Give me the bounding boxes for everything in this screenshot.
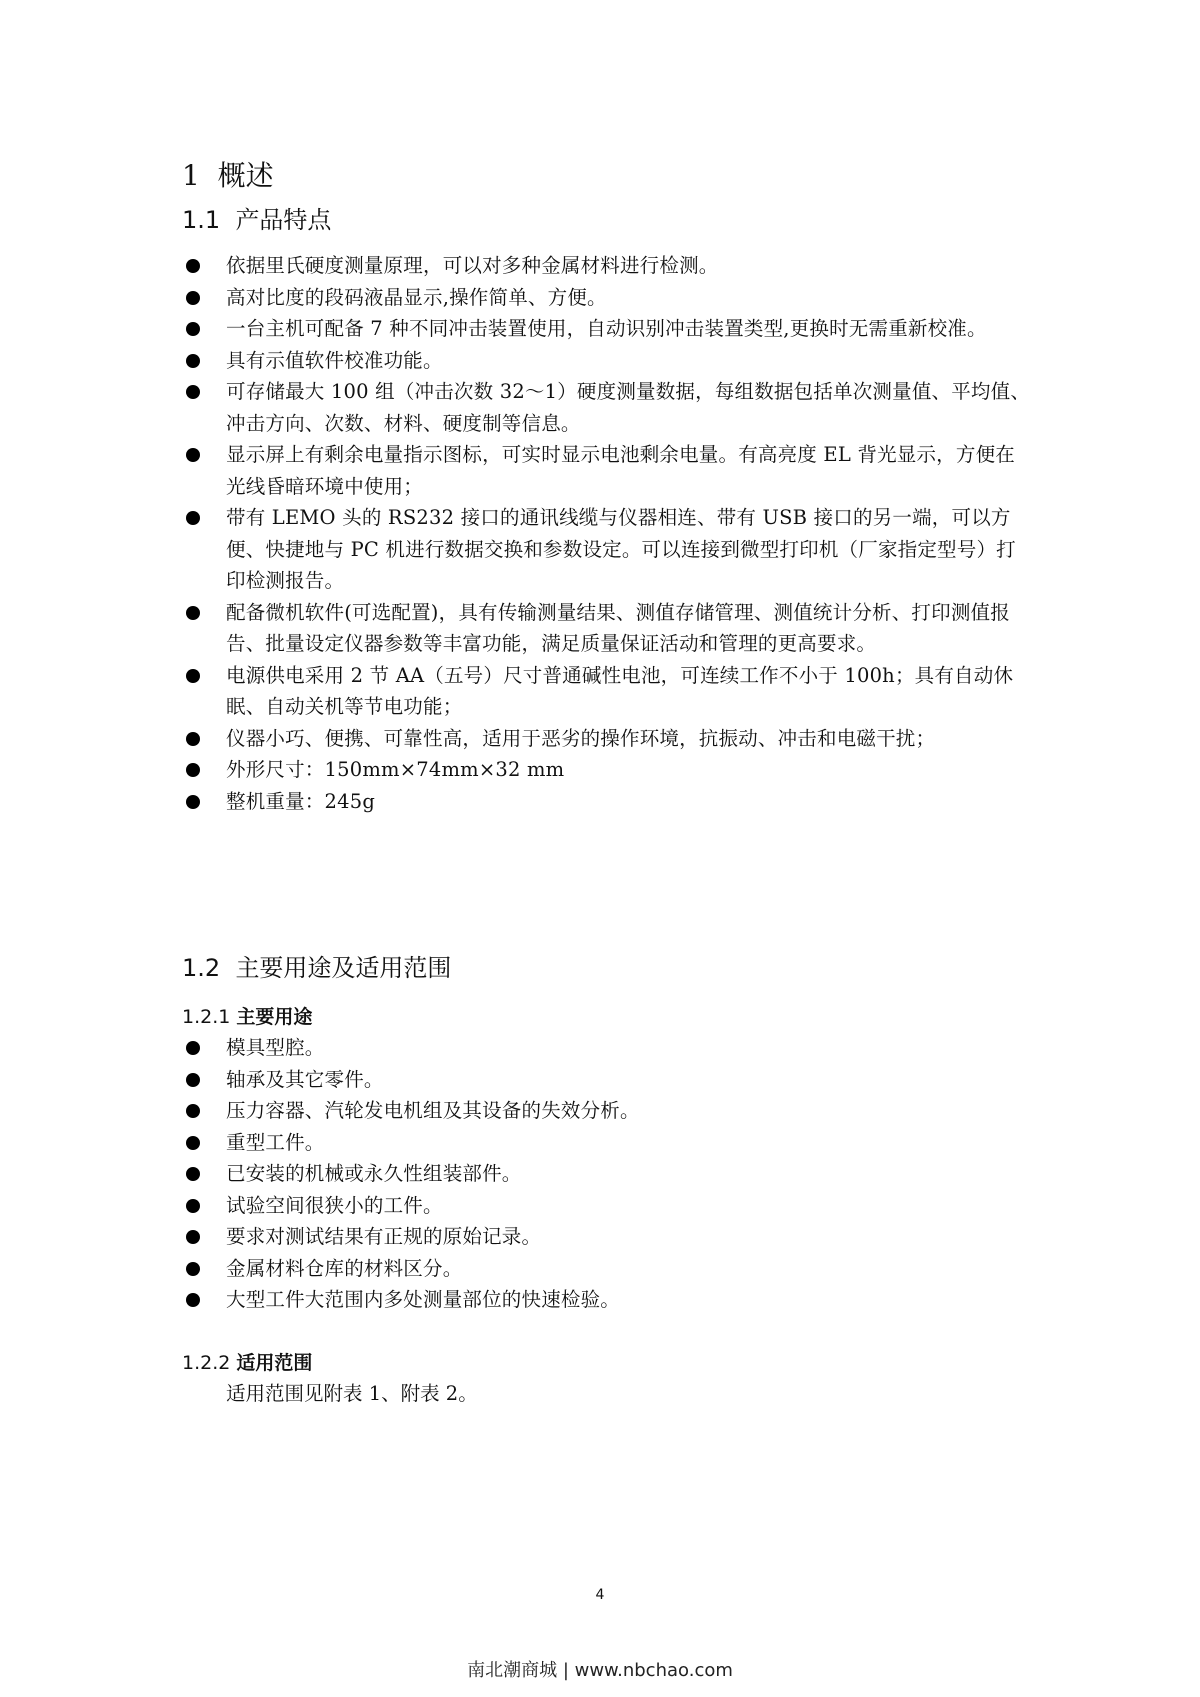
list-item: 一台主机可配备 7 种不同冲击装置使用，自动识别冲击装置类型,更换时无需重新校准…: [182, 313, 1032, 345]
bullet-icon: [186, 354, 200, 368]
bullet-icon: [186, 1262, 200, 1276]
list-item: 已安装的机械或永久性组装部件。: [182, 1158, 1032, 1190]
bullet-icon: [186, 763, 200, 777]
bullet-icon: [186, 732, 200, 746]
heading-section-1-1: 1.1 产品特点: [182, 204, 331, 236]
heading-number: 1: [182, 159, 200, 192]
list-item: 带有 LEMO 头的 RS232 接口的通讯线缆与仪器相连、带有 USB 接口的…: [182, 502, 1032, 597]
list-item: 依据里氏硬度测量原理，可以对多种金属材料进行检测。: [182, 250, 1032, 282]
heading-title: 主要用途: [236, 1006, 312, 1028]
page-number: 4: [0, 1587, 1200, 1603]
usage-list: 模具型腔。 轴承及其它零件。 压力容器、汽轮发电机组及其设备的失效分析。 重型工…: [182, 1032, 1032, 1316]
list-item: 具有示值软件校准功能。: [182, 345, 1032, 377]
bullet-icon: [186, 259, 200, 273]
bullet-icon: [186, 1199, 200, 1213]
bullet-icon: [186, 322, 200, 336]
bullet-icon: [186, 1167, 200, 1181]
heading-number: 1.2: [182, 954, 220, 982]
bullet-icon: [186, 1136, 200, 1150]
bullet-icon: [186, 291, 200, 305]
bullet-icon: [186, 1230, 200, 1244]
heading-number: 1.1: [182, 206, 220, 234]
document-page: 1 概述 1.1 产品特点 依据里氏硬度测量原理，可以对多种金属材料进行检测。 …: [0, 0, 1200, 1697]
bullet-icon: [186, 1104, 200, 1118]
heading-title: 主要用途及适用范围: [235, 954, 451, 982]
bullet-icon: [186, 511, 200, 525]
feature-list: 依据里氏硬度测量原理，可以对多种金属材料进行检测。 高对比度的段码液晶显示,操作…: [182, 250, 1032, 817]
bullet-icon: [186, 606, 200, 620]
list-item: 整机重量：245g: [182, 786, 1032, 818]
heading-number: 1.2.2: [182, 1352, 230, 1374]
list-item: 金属材料仓库的材料区分。: [182, 1253, 1032, 1285]
heading-section-1: 1 概述: [182, 158, 274, 194]
list-item: 模具型腔。: [182, 1032, 1032, 1064]
list-item: 配备微机软件(可选配置)，具有传输测量结果、测值存储管理、测值统计分析、打印测值…: [182, 597, 1032, 660]
bullet-icon: [186, 669, 200, 683]
bullet-icon: [186, 385, 200, 399]
list-item: 重型工件。: [182, 1127, 1032, 1159]
heading-section-1-2-2: 1.2.2 适用范围: [182, 1350, 312, 1376]
list-item: 仪器小巧、便携、可靠性高，适用于恶劣的操作环境，抗振动、冲击和电磁干扰；: [182, 723, 1032, 755]
heading-number: 1.2.1: [182, 1006, 230, 1028]
list-item: 试验空间很狭小的工件。: [182, 1190, 1032, 1222]
list-item: 高对比度的段码液晶显示,操作简单、方便。: [182, 282, 1032, 314]
footer-watermark: 南北潮商城 | www.nbchao.com: [0, 1656, 1200, 1682]
heading-title: 适用范围: [236, 1352, 312, 1374]
heading-title: 产品特点: [235, 206, 331, 234]
list-item: 可存储最大 100 组（冲击次数 32～1）硬度测量数据，每组数据包括单次测量值…: [182, 376, 1032, 439]
heading-section-1-2-1: 1.2.1 主要用途: [182, 1004, 312, 1030]
bullet-icon: [186, 795, 200, 809]
list-item: 轴承及其它零件。: [182, 1064, 1032, 1096]
bullet-icon: [186, 1073, 200, 1087]
scope-paragraph: 适用范围见附表 1、附表 2。: [226, 1378, 478, 1409]
heading-section-1-2: 1.2 主要用途及适用范围: [182, 952, 451, 984]
list-item: 外形尺寸：150mm×74mm×32 mm: [182, 754, 1032, 786]
bullet-icon: [186, 1293, 200, 1307]
list-item: 压力容器、汽轮发电机组及其设备的失效分析。: [182, 1095, 1032, 1127]
bullet-icon: [186, 448, 200, 462]
list-item: 要求对测试结果有正规的原始记录。: [182, 1221, 1032, 1253]
list-item: 电源供电采用 2 节 AA（五号）尺寸普通碱性电池，可连续工作不小于 100h；…: [182, 660, 1032, 723]
bullet-icon: [186, 1041, 200, 1055]
list-item: 显示屏上有剩余电量指示图标，可实时显示电池剩余电量。有高亮度 EL 背光显示，方…: [182, 439, 1032, 502]
heading-title: 概述: [218, 159, 274, 192]
list-item: 大型工件大范围内多处测量部位的快速检验。: [182, 1284, 1032, 1316]
